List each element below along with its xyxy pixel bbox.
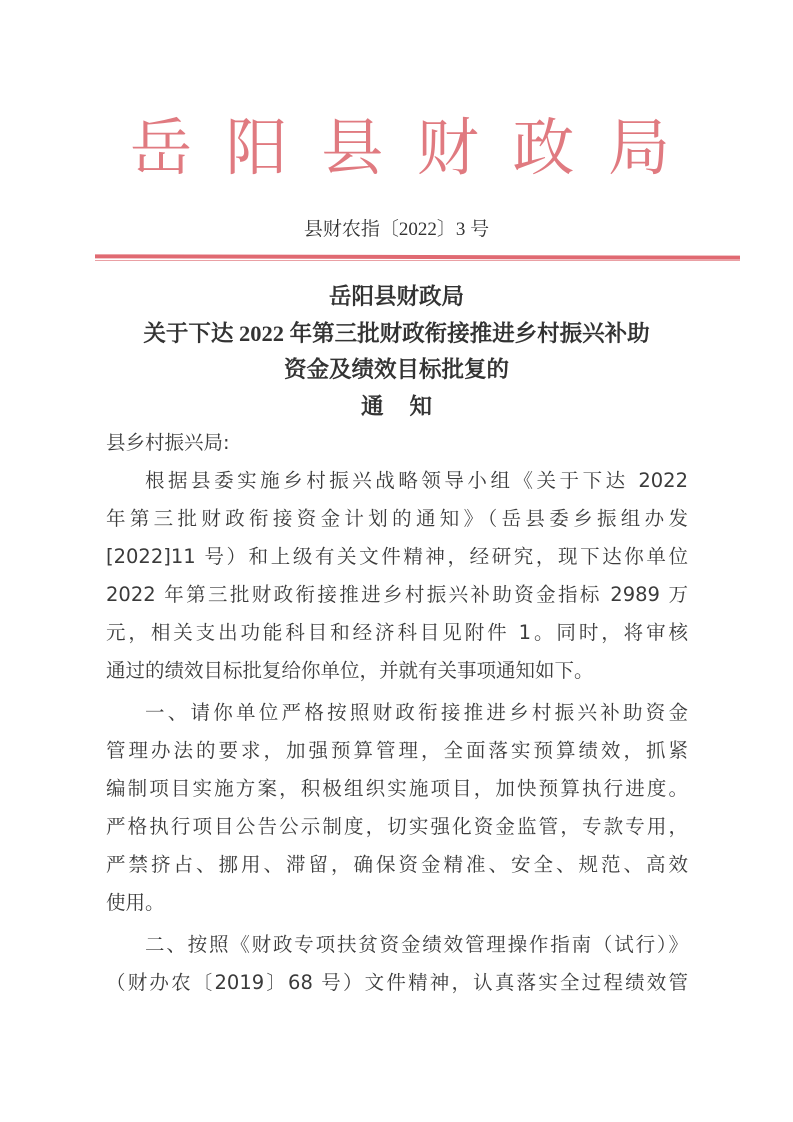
paragraph-item-2: 二、按照《财政专项扶贫资金绩效管理操作指南（试行）》 （财办农〔2019〕68 … (106, 926, 688, 1002)
text-line: 通过的绩效目标批复给你单位，并就有关事项通知如下。 (106, 652, 688, 690)
paragraph-intro: 根据县委实施乡村振兴战略领导小组《关于下达 2022 年第三批财政衔接资金计划的… (106, 462, 688, 690)
paragraph-item-1: 一、请你单位严格按照财政衔接推进乡村振兴补助资金 管理办法的要求，加强预算管理，… (106, 694, 688, 922)
text-line: [2022]11 号）和上级有关文件精神，经研究，现下达你单位 (106, 538, 688, 576)
text-line: 二、按照《财政专项扶贫资金绩效管理操作指南（试行）》 (106, 926, 688, 964)
text-line: 2022 年第三批财政衔接推进乡村振兴补助资金指标 2989 万 (106, 576, 688, 614)
red-divider-rule-thin (95, 260, 740, 261)
title-line-2: 资金及绩效目标批复的 (0, 352, 793, 384)
text-line: 根据县委实施乡村振兴战略领导小组《关于下达 2022 (106, 462, 688, 500)
red-divider-rule (95, 254, 740, 259)
text-line: 元，相关支出功能科目和经济科目见附件 1。同时，将审核 (106, 614, 688, 652)
text-line: 一、请你单位严格按照财政衔接推进乡村振兴补助资金 (106, 694, 688, 732)
title-notice: 通知 (0, 389, 793, 421)
text-line: 使用。 (106, 884, 688, 922)
text-line: 严格执行项目公告公示制度，切实强化资金监管，专款专用， (106, 808, 688, 846)
masthead-char: 阳 (226, 113, 288, 183)
text-line: （财办农〔2019〕68 号）文件精神，认真落实全过程绩效管 (106, 964, 688, 1002)
masthead-title: 岳 阳 县 财 政 局 (100, 108, 700, 188)
masthead-char: 财 (417, 113, 479, 183)
text-line: 管理办法的要求，加强预算管理，全面落实预算绩效，抓紧 (106, 732, 688, 770)
masthead-char: 局 (608, 113, 670, 183)
salutation: 县乡村振兴局: (106, 424, 688, 462)
masthead-char: 县 (321, 113, 383, 183)
title-issuer: 岳阳县财政局 (0, 279, 793, 311)
masthead-char: 政 (512, 113, 574, 183)
document-body: 县乡村振兴局: 根据县委实施乡村振兴战略领导小组《关于下达 2022 年第三批财… (106, 424, 688, 1002)
title-line-1: 关于下达 2022 年第三批财政衔接推进乡村振兴补助 (0, 316, 793, 348)
masthead-char: 岳 (130, 113, 192, 183)
document-number: 县财农指〔2022〕3 号 (0, 214, 793, 241)
document-page: 岳 阳 县 财 政 局 县财农指〔2022〕3 号 岳阳县财政局 关于下达 20… (0, 0, 793, 1122)
text-line: 严禁挤占、挪用、滞留，确保资金精准、安全、规范、高效 (106, 846, 688, 884)
text-line: 年第三批财政衔接资金计划的通知》（岳县委乡振组办发 (106, 500, 688, 538)
text-line: 编制项目实施方案，积极组织实施项目，加快预算执行进度。 (106, 770, 688, 808)
